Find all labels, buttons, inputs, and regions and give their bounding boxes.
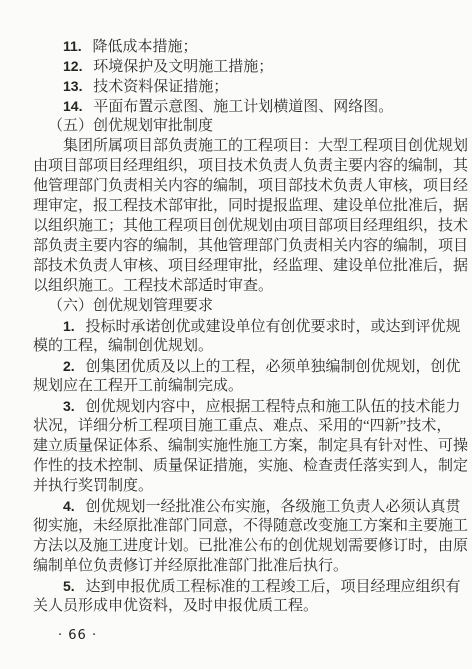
text-line: 关人员形成申优资料，及时申报优质工程。 [33,596,469,616]
document-page: 11. 降低成本措施； 12. 环境保护及文明施工措施； 13. 技术资料保证措… [0,0,472,669]
text-line: 模的工程，编制创优规划。 [33,336,469,356]
line-text: 部技术负责人审核、项目经理审批，经监理、建设单位批准后，据 [33,258,468,274]
line-text: 达到申报优质工程标准的工程竣工后，项目经理应组织有 [85,579,460,595]
text-line: 状况，详细分析工程项目施工重点、难点、采用的“四新”技术， [33,416,469,436]
item-number: 14. [63,98,82,114]
line-text: 建立质量保证体系、编制实施性施工方案，制定具有针对性、可操 [33,438,468,454]
line-text: 以组织施工；其他工程项目创优规划由项目部项目经理组织，技术 [33,218,468,234]
line-text: 模的工程，编制创优规划。 [33,338,213,354]
line-text: 作性的技术控制、质量保证措施，实施、检查责任落实到人，制定 [33,458,468,474]
line-text: 他管理部门负责相关内容的编制，项目部技术负责人审核，项目经 [33,178,468,194]
line-text: 状况，详细分析工程项目施工重点、难点、采用的“四新”技术， [33,418,451,434]
item-number: 3. [63,398,75,414]
line-text: 并执行奖罚制度。 [33,478,153,494]
line-text: 技术资料保证措施； [93,79,228,95]
item-number: 1. [63,318,75,334]
line-text: 创优规划一经批准公布实施，各级施工负责人必须认真贯 [85,499,460,515]
text-line: 部技术负责人审核、项目经理审批，经监理、建设单位批准后，据 [33,256,469,276]
text-line: 建立质量保证体系、编制实施性施工方案，制定具有针对性、可操 [33,436,469,456]
item-number: 12. [63,58,82,74]
text-line: 并执行奖罚制度。 [33,476,469,496]
text-line: 14. 平面布置示意图、施工计划横道图、网络图。 [33,96,469,116]
text-line: 方法以及施工进度计划。已批准公布的创优规划需要修订时，由原 [33,536,469,556]
line-text: 投标时承诺创优或建设单位有创优要求时，或达到评优规 [85,319,460,335]
text-line: （五）创优规划审批制度 [33,116,469,136]
line-text: 彻实施，未经原批准部门同意，不得随意改变施工方案和主要施工 [33,518,468,534]
line-text: 规划应在工程开工前编制完成。 [33,378,243,394]
item-number: 2. [63,358,75,374]
text-line: 12. 环境保护及文明施工措施； [33,56,469,76]
line-text: 部负责主要内容的编制，其他管理部门负责相关内容的编制，项目 [33,238,468,254]
line-text: 方法以及施工进度计划。已批准公布的创优规划需要修订时，由原 [33,538,468,554]
text-line: 由项目部项目经理组织，项目技术负责人负责主要内容的编制，其 [33,156,469,176]
text-line: 编制单位负责修订并经原批准部门批准后执行。 [33,556,469,576]
text-line: 4. 创优规划一经批准公布实施，各级施工负责人必须认真贯 [33,496,469,516]
line-text: 平面布置示意图、施工计划横道图、网络图。 [93,99,393,115]
line-text: 环境保护及文明施工措施； [93,59,273,75]
text-line: 13. 技术资料保证措施； [33,76,469,96]
text-line: 规划应在工程开工前编制完成。 [33,376,469,396]
item-number: 11. [63,38,82,54]
line-text: （五）创优规划审批制度 [48,118,213,134]
text-block: 11. 降低成本措施； 12. 环境保护及文明施工措施； 13. 技术资料保证措… [33,36,469,616]
text-line: 集团所属项目部负责施工的工程项目：大型工程项目创优规划 [33,136,469,156]
text-line: 作性的技术控制、质量保证措施，实施、检查责任落实到人，制定 [33,456,469,476]
line-text: 集团所属项目部负责施工的工程项目：大型工程项目创优规划 [63,138,468,154]
line-text: 关人员形成申优资料，及时申报优质工程。 [33,598,318,614]
line-text: 降低成本措施； [92,39,197,55]
line-text: 以组织施工。工程技术部适时审查。 [33,278,273,294]
line-text: 创优规划内容中，应根据工程特点和施工队伍的技术能力 [85,399,460,415]
text-line: 以组织施工；其他工程项目创优规划由项目部项目经理组织，技术 [33,216,469,236]
text-line: 以组织施工。工程技术部适时审查。 [33,276,469,296]
text-line: 3. 创优规划内容中，应根据工程特点和施工队伍的技术能力 [33,396,469,416]
item-number: 5. [63,578,75,594]
page-number: · 66 · [58,626,97,646]
text-line: （六）创优规划管理要求 [33,296,469,316]
text-line: 彻实施，未经原批准部门同意，不得随意改变施工方案和主要施工 [33,516,469,536]
text-line: 2. 创集团优质及以上的工程，必须单独编制创优规划，创优 [33,356,469,376]
text-line: 部负责主要内容的编制，其他管理部门负责相关内容的编制，项目 [33,236,469,256]
item-number: 4. [63,498,75,514]
line-text: 由项目部项目经理组织，项目技术负责人负责主要内容的编制，其 [33,158,468,174]
line-text: 理审定，报工程技术部审批，同时提报监理、建设单位批准后，据 [33,198,468,214]
text-line: 5. 达到申报优质工程标准的工程竣工后，项目经理应组织有 [33,576,469,596]
text-line: 他管理部门负责相关内容的编制，项目部技术负责人审核，项目经 [33,176,469,196]
line-text: （六）创优规划管理要求 [48,298,213,314]
text-line: 1. 投标时承诺创优或建设单位有创优要求时，或达到评优规 [33,316,469,336]
line-text: 创集团优质及以上的工程，必须单独编制创优规划，创优 [85,359,460,375]
text-line: 11. 降低成本措施； [33,36,469,56]
line-text: 编制单位负责修订并经原批准部门批准后执行。 [33,558,348,574]
item-number: 13. [63,78,82,94]
text-line: 理审定，报工程技术部审批，同时提报监理、建设单位批准后，据 [33,196,469,216]
